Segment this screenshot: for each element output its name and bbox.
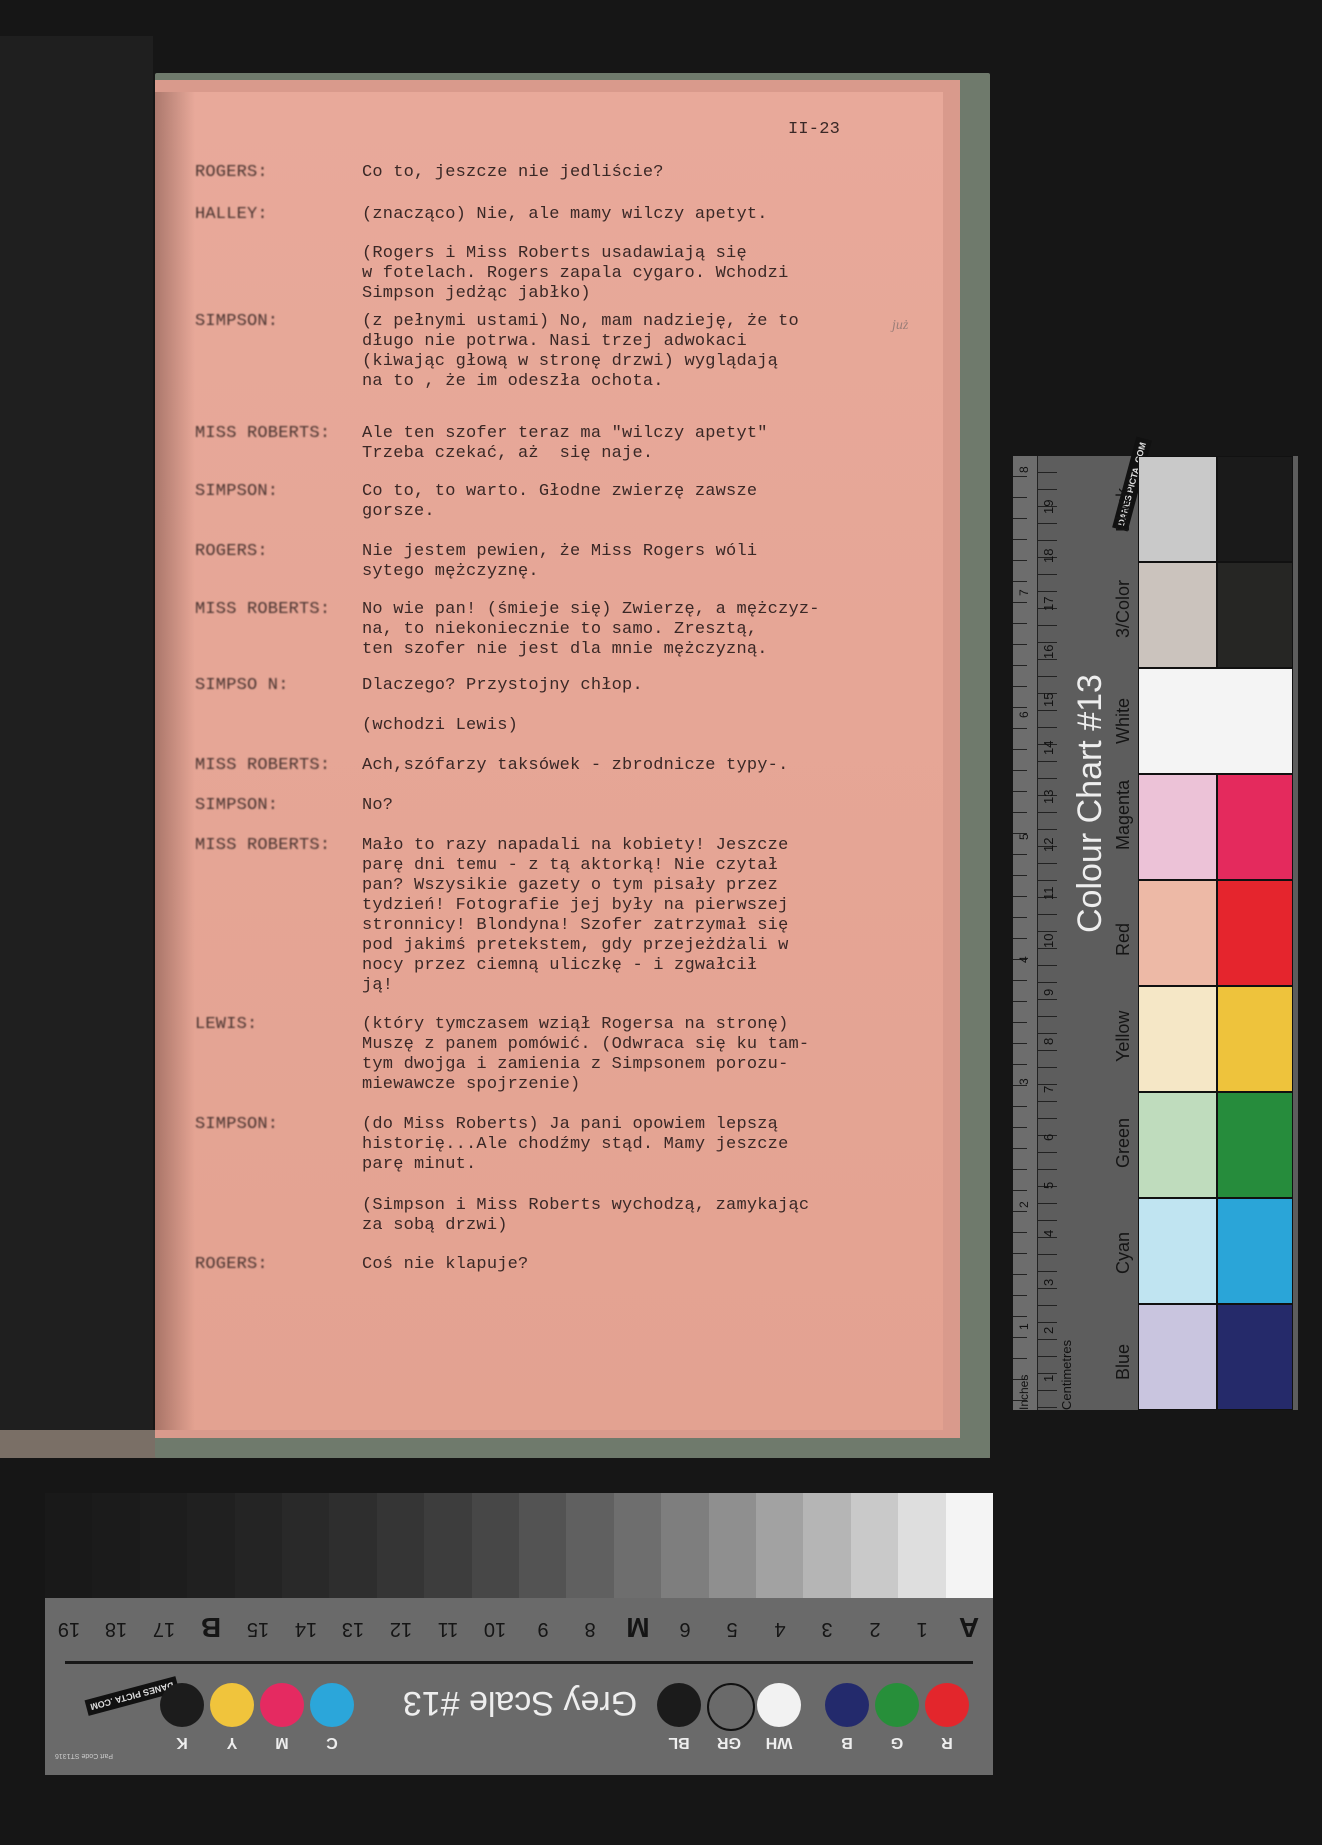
- grey-step-patch: [329, 1493, 377, 1598]
- dialogue-text: No wie pan! (śmieje się) Zwierzę, a mężc…: [362, 600, 820, 660]
- cm-tick-label: 13: [1041, 789, 1056, 803]
- patch-cyan-dark: [1217, 1198, 1293, 1304]
- speaker-name: ROGERS:: [195, 163, 268, 183]
- grey-step-label: 1: [907, 1617, 937, 1640]
- colour-dot-gr: [707, 1683, 755, 1731]
- grey-step-patch: [756, 1493, 804, 1598]
- colour-chart-title: Colour Chart #13: [1071, 674, 1110, 933]
- speaker-name: SIMPSO N:: [195, 676, 289, 696]
- cm-tick-label: 2: [1041, 1327, 1056, 1334]
- speaker-name: MISS ROBERTS:: [195, 424, 330, 444]
- cm-tick-label: 15: [1041, 693, 1056, 707]
- cm-tick-label: 7: [1041, 1086, 1056, 1093]
- colour-dot-label: GR: [707, 1733, 751, 1751]
- dialogue-text: (który tymczasem wziął Rogersa na stronę…: [362, 1015, 809, 1095]
- cm-tick-label: 17: [1041, 596, 1056, 610]
- grey-step-label: 2: [860, 1617, 890, 1640]
- grey-scale-title: Grey Scale #13: [355, 1683, 685, 1722]
- grey-step-patch: [898, 1493, 946, 1598]
- cm-tick-label: 10: [1041, 934, 1056, 948]
- handwritten-margin-note: już: [892, 318, 908, 334]
- cm-tick-label: 9: [1041, 989, 1056, 996]
- patch-black-dark: [1217, 456, 1293, 562]
- grey-step-label: 6: [670, 1617, 700, 1640]
- colour-dot-label: K: [160, 1733, 204, 1751]
- inch-tick-label: 1: [1017, 1323, 1031, 1330]
- grey-step-label: 14: [291, 1617, 321, 1640]
- cm-tick-label: 16: [1041, 645, 1056, 659]
- speaker-name: MISS ROBERTS:: [195, 756, 330, 776]
- patch-blue-dark: [1217, 1304, 1293, 1410]
- stage-direction: (Simpson i Miss Roberts wychodzą, zamyka…: [362, 1196, 809, 1236]
- dialogue-text: Co to, jeszcze nie jedliście?: [362, 163, 664, 183]
- grey-step-label: 19: [54, 1617, 84, 1640]
- centimetres-label: Centimetres: [1059, 1340, 1074, 1410]
- grey-step-patch: [566, 1493, 614, 1598]
- patch-cyan-light: [1138, 1198, 1217, 1304]
- grey-step-patch: [614, 1493, 662, 1598]
- cm-tick-label: 19: [1041, 500, 1056, 514]
- cm-tick-label: 14: [1041, 741, 1056, 755]
- speaker-name: SIMPSON:: [195, 1115, 278, 1135]
- inch-tick-label: 7: [1017, 589, 1031, 596]
- speaker-name: LEWIS:: [195, 1015, 257, 1035]
- colour-dot-y: [210, 1683, 254, 1727]
- colour-dot-r: [925, 1683, 969, 1727]
- divider-line: [65, 1661, 973, 1664]
- colour-label: Magenta: [1113, 780, 1134, 850]
- grey-step-patch: [851, 1493, 899, 1598]
- colour-label: Yellow: [1113, 1011, 1134, 1062]
- grey-step-label: 18: [101, 1617, 131, 1640]
- patch-red-dark: [1217, 880, 1293, 986]
- colour-dot-k: [160, 1683, 204, 1727]
- colour-label: 3/Color: [1113, 580, 1134, 638]
- inch-tick-label: 8: [1017, 467, 1031, 474]
- speaker-name: ROGERS:: [195, 1255, 268, 1275]
- patch-yellow-dark: [1217, 986, 1293, 1092]
- grey-step-patch: [709, 1493, 757, 1598]
- cm-tick-label: 8: [1041, 1037, 1056, 1044]
- speaker-name: SIMPSON:: [195, 312, 278, 332]
- colour-label: Black: [1113, 488, 1134, 532]
- speaker-name: SIMPSON:: [195, 482, 278, 502]
- cm-tick-label: 3: [1041, 1278, 1056, 1285]
- grey-step-label: 8: [575, 1617, 605, 1640]
- patch-green-dark: [1217, 1092, 1293, 1198]
- patch-blue-light: [1138, 1304, 1217, 1410]
- dialogue-text: (do Miss Roberts) Ja pani opowiem lepszą…: [362, 1115, 788, 1175]
- speaker-name: ROGERS:: [195, 542, 268, 562]
- dialogue-text: Mało to razy napadali na kobiety! Jeszcz…: [362, 836, 788, 996]
- dialogue-text: (znacząco) Nie, ale mamy wilczy apetyt.: [362, 205, 768, 225]
- colour-label: Red: [1113, 923, 1134, 956]
- colour-dot-label: WH: [757, 1733, 801, 1751]
- colour-dot-label: G: [875, 1733, 919, 1751]
- grey-step-patch: [803, 1493, 851, 1598]
- grey-step-patch: [235, 1493, 283, 1598]
- dialogue-text: Ach,szófarzy taksówek - zbrodnicze typy-…: [362, 756, 788, 776]
- colour-dot-label: M: [260, 1733, 304, 1751]
- grey-step-patch: [282, 1493, 330, 1598]
- grey-step-label: 5: [717, 1617, 747, 1640]
- dialogue-text: Co to, to warto. Głodne zwierzę zawsze g…: [362, 482, 757, 522]
- cm-tick-label: 4: [1041, 1230, 1056, 1237]
- patch-red-light: [1138, 880, 1217, 986]
- colour-dot-m: [260, 1683, 304, 1727]
- grey-step-label: 11: [433, 1617, 463, 1640]
- patch-magenta-light: [1138, 774, 1217, 880]
- patch-3-color-dark: [1217, 562, 1293, 668]
- dialogue-text: Coś nie klapuje?: [362, 1255, 528, 1275]
- patch-black-light: [1138, 456, 1217, 562]
- colour-dot-label: Y: [210, 1733, 254, 1751]
- speaker-name: MISS ROBERTS:: [195, 600, 330, 620]
- inch-tick-label: 2: [1017, 1201, 1031, 1208]
- grey-step-patch: [424, 1493, 472, 1598]
- colour-label: Blue: [1113, 1344, 1134, 1380]
- cm-tick-label: 5: [1041, 1182, 1056, 1189]
- colour-dot-c: [310, 1683, 354, 1727]
- speaker-name: MISS ROBERTS:: [195, 836, 330, 856]
- inch-tick-label: 4: [1017, 956, 1031, 963]
- cm-tick-label: 11: [1041, 887, 1056, 901]
- grey-step-label: 12: [386, 1617, 416, 1640]
- patch-yellow-light: [1138, 986, 1217, 1092]
- grey-step-label: 17: [149, 1617, 179, 1640]
- inch-ruler: [1013, 456, 1038, 1410]
- patch-white: [1138, 668, 1293, 774]
- grey-step-label: A: [954, 1611, 984, 1643]
- grey-step-label: 13: [338, 1617, 368, 1640]
- colour-dot-label: B: [825, 1733, 869, 1751]
- colour-label: Green: [1113, 1118, 1134, 1168]
- patch-green-light: [1138, 1092, 1217, 1198]
- grey-step-label: 4: [765, 1617, 795, 1640]
- grey-step-label: 15: [243, 1617, 273, 1640]
- colour-dot-g: [875, 1683, 919, 1727]
- patch-magenta-dark: [1217, 774, 1293, 880]
- stage-direction: (Rogers i Miss Roberts usadawiają się w …: [362, 244, 788, 304]
- stage-direction: (wchodzi Lewis): [362, 716, 518, 736]
- grey-step-label: 3: [812, 1617, 842, 1640]
- dialogue-text: (z pełnymi ustami) No, mam nadzieję, że …: [362, 312, 799, 392]
- inch-tick-label: 6: [1017, 711, 1031, 718]
- dialogue-text: Ale ten szofer teraz ma "wilczy apetyt" …: [362, 424, 768, 464]
- grey-scale-chart: Grey Scale #13 DANES PICTA .COM Part Cod…: [45, 1493, 993, 1775]
- colour-dot-label: R: [925, 1733, 969, 1751]
- part-code: Part Code ST1316: [55, 1751, 113, 1759]
- left-backing-board: [0, 36, 153, 1444]
- speaker-name: HALLEY:: [195, 205, 268, 225]
- colour-chart: Colour Chart #13 Inches Centimetres DANE…: [1013, 456, 1298, 1410]
- colour-dot-b: [825, 1683, 869, 1727]
- dialogue-text: Nie jestem pewien, że Miss Rogers wóli s…: [362, 542, 757, 582]
- colour-dot-wh: [757, 1683, 801, 1727]
- grey-step-patch: [661, 1493, 709, 1598]
- cm-tick-label: 18: [1041, 548, 1056, 562]
- grey-step-label: B: [196, 1611, 226, 1643]
- grey-step-label: M: [623, 1611, 653, 1643]
- grey-step-patch: [519, 1493, 567, 1598]
- grey-step-label: 10: [480, 1617, 510, 1640]
- grey-step-patch: [472, 1493, 520, 1598]
- dialogue-text: Dlaczego? Przystojny chłop.: [362, 676, 643, 696]
- grey-step-patch: [140, 1493, 188, 1598]
- grey-step-patch: [187, 1493, 235, 1598]
- colour-label: White: [1113, 698, 1134, 744]
- dialogue-text: No?: [362, 796, 393, 816]
- colour-dot-label: BL: [657, 1733, 701, 1751]
- colour-dot-bl: [657, 1683, 701, 1727]
- inch-tick-label: 5: [1017, 834, 1031, 841]
- colour-dot-label: C: [310, 1733, 354, 1751]
- grey-step-patch: [946, 1493, 994, 1598]
- grey-step-patch: [45, 1493, 93, 1598]
- colour-label: Cyan: [1113, 1232, 1134, 1274]
- page-number: II-23: [788, 120, 840, 140]
- inches-label: Inches: [1017, 1375, 1031, 1410]
- cm-tick-label: 1: [1041, 1375, 1056, 1382]
- grey-step-patch: [377, 1493, 425, 1598]
- patch-3-color-light: [1138, 562, 1217, 668]
- cm-tick-label: 12: [1041, 837, 1056, 851]
- cm-tick-label: 6: [1041, 1134, 1056, 1141]
- grey-step-label: 9: [528, 1617, 558, 1640]
- grey-step-patch: [92, 1493, 140, 1598]
- inch-tick-label: 3: [1017, 1079, 1031, 1086]
- speaker-name: SIMPSON:: [195, 796, 278, 816]
